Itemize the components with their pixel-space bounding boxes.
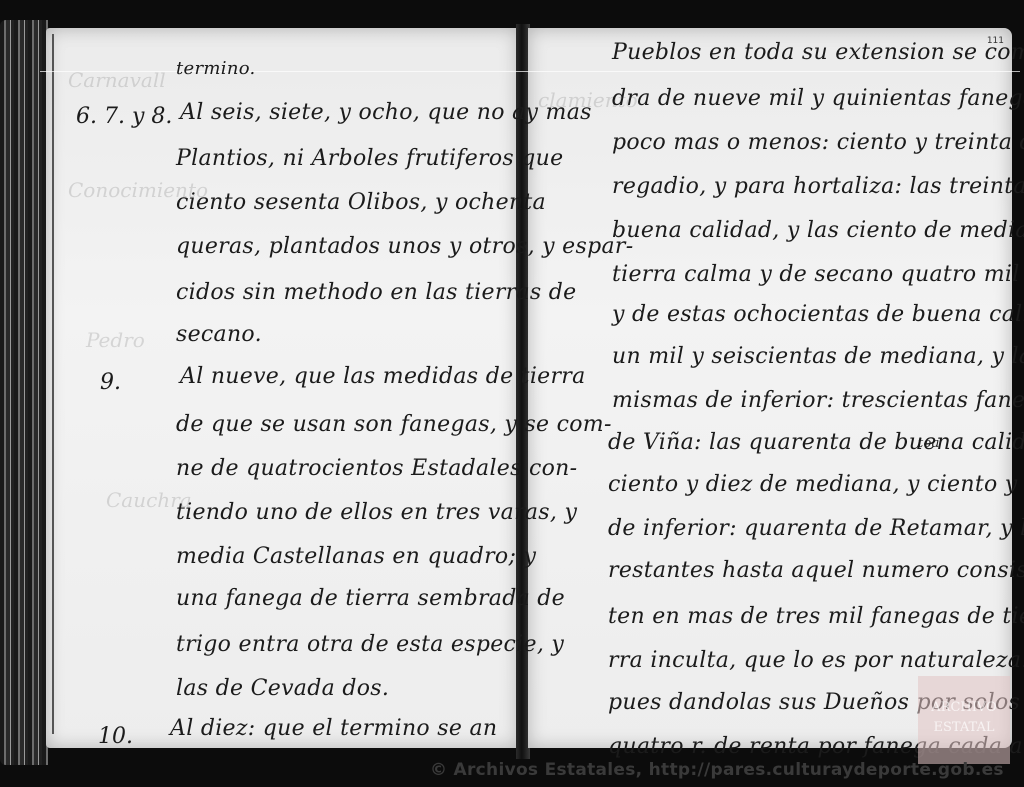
stamp-line: ESTATAL xyxy=(918,718,1010,738)
manuscript-line: poco mas o menos: ciento y treinta de xyxy=(612,130,1024,155)
manuscript-line: y de estas ochocientas de buena calidad: xyxy=(612,302,1024,327)
manuscript-line: de Viña: las quarenta de buena calidad: xyxy=(608,430,1024,455)
page-rule xyxy=(52,34,54,734)
manuscript-line: tierra calma y de secano quatro mil fan. xyxy=(612,262,1024,287)
manuscript-line: termino. xyxy=(176,58,256,79)
manuscript-line: de que se usan son fanegas, y se com- xyxy=(176,412,612,437)
margin-number: 9. xyxy=(100,370,121,395)
manuscript-line: queras, plantados unos y otros, y espar- xyxy=(176,234,633,259)
bleed-through-text: Pedro xyxy=(86,328,145,352)
manuscript-line: de inferior: quarenta de Retamar, y las xyxy=(608,516,1024,541)
manuscript-line: restantes hasta aquel numero consis- xyxy=(608,558,1024,583)
copyright-watermark: © Archivos Estatales, http://pares.cultu… xyxy=(430,760,1004,780)
manuscript-line: las de Cevada dos. xyxy=(176,676,389,701)
manuscript-line: Pueblos en toda su extension se compon- xyxy=(612,40,1024,65)
manuscript-line: ne de quatrocientos Estadales con- xyxy=(176,456,577,481)
manuscript-line: mismas de inferior: trescientas faneg. xyxy=(612,388,1024,413)
margin-number: 6. 7. y 8. xyxy=(76,104,172,129)
manuscript-line: ciento y diez de mediana, y ciento y cin… xyxy=(608,472,1024,497)
manuscript-line: Al seis, siete, y ocho, que no ay mas xyxy=(180,100,592,125)
manuscript-line: ciento sesenta Olibos, y ochenta xyxy=(176,190,546,215)
manuscript-line: cidos sin methodo en las tierras de xyxy=(176,280,576,305)
margin-number: 10. xyxy=(98,724,133,749)
stamp-line: ARCHIVO xyxy=(918,698,1010,718)
manuscript-line: tiendo uno de ellos en tres varas, y xyxy=(176,500,577,525)
manuscript-line: buena calidad, y las ciento de mediana: xyxy=(612,218,1024,243)
manuscript-line: media Castellanas en quadro; y xyxy=(176,544,536,569)
archive-stamp: ARCHIVO ESTATAL xyxy=(918,676,1010,764)
manuscript-line: Plantios, ni Arboles frutiferos que xyxy=(176,146,563,171)
manuscript-line: secano. xyxy=(176,322,262,347)
manuscript-line: ten en mas de tres mil fanegas de tie- xyxy=(608,604,1024,629)
manuscript-line: rra inculta, que lo es por naturaleza. xyxy=(608,648,1024,673)
manuscript-line: Al diez: que el termino se an xyxy=(170,716,497,741)
interlinear-note: toa xyxy=(918,436,940,451)
manuscript-line: trigo entra otra de esta especie, y xyxy=(176,632,564,657)
manuscript-line: un mil y seiscientas de mediana, y las xyxy=(612,344,1024,369)
manuscript-line: una fanega de tierra sembrada de xyxy=(176,586,565,611)
manuscript-line: regadio, y para hortaliza: las treinta d… xyxy=(612,174,1024,199)
manuscript-line: dra de nueve mil y quinientas fanegas xyxy=(612,86,1024,111)
binding-left-edge xyxy=(0,20,48,765)
manuscript-line: Al nueve, que las medidas de tierra xyxy=(180,364,586,389)
